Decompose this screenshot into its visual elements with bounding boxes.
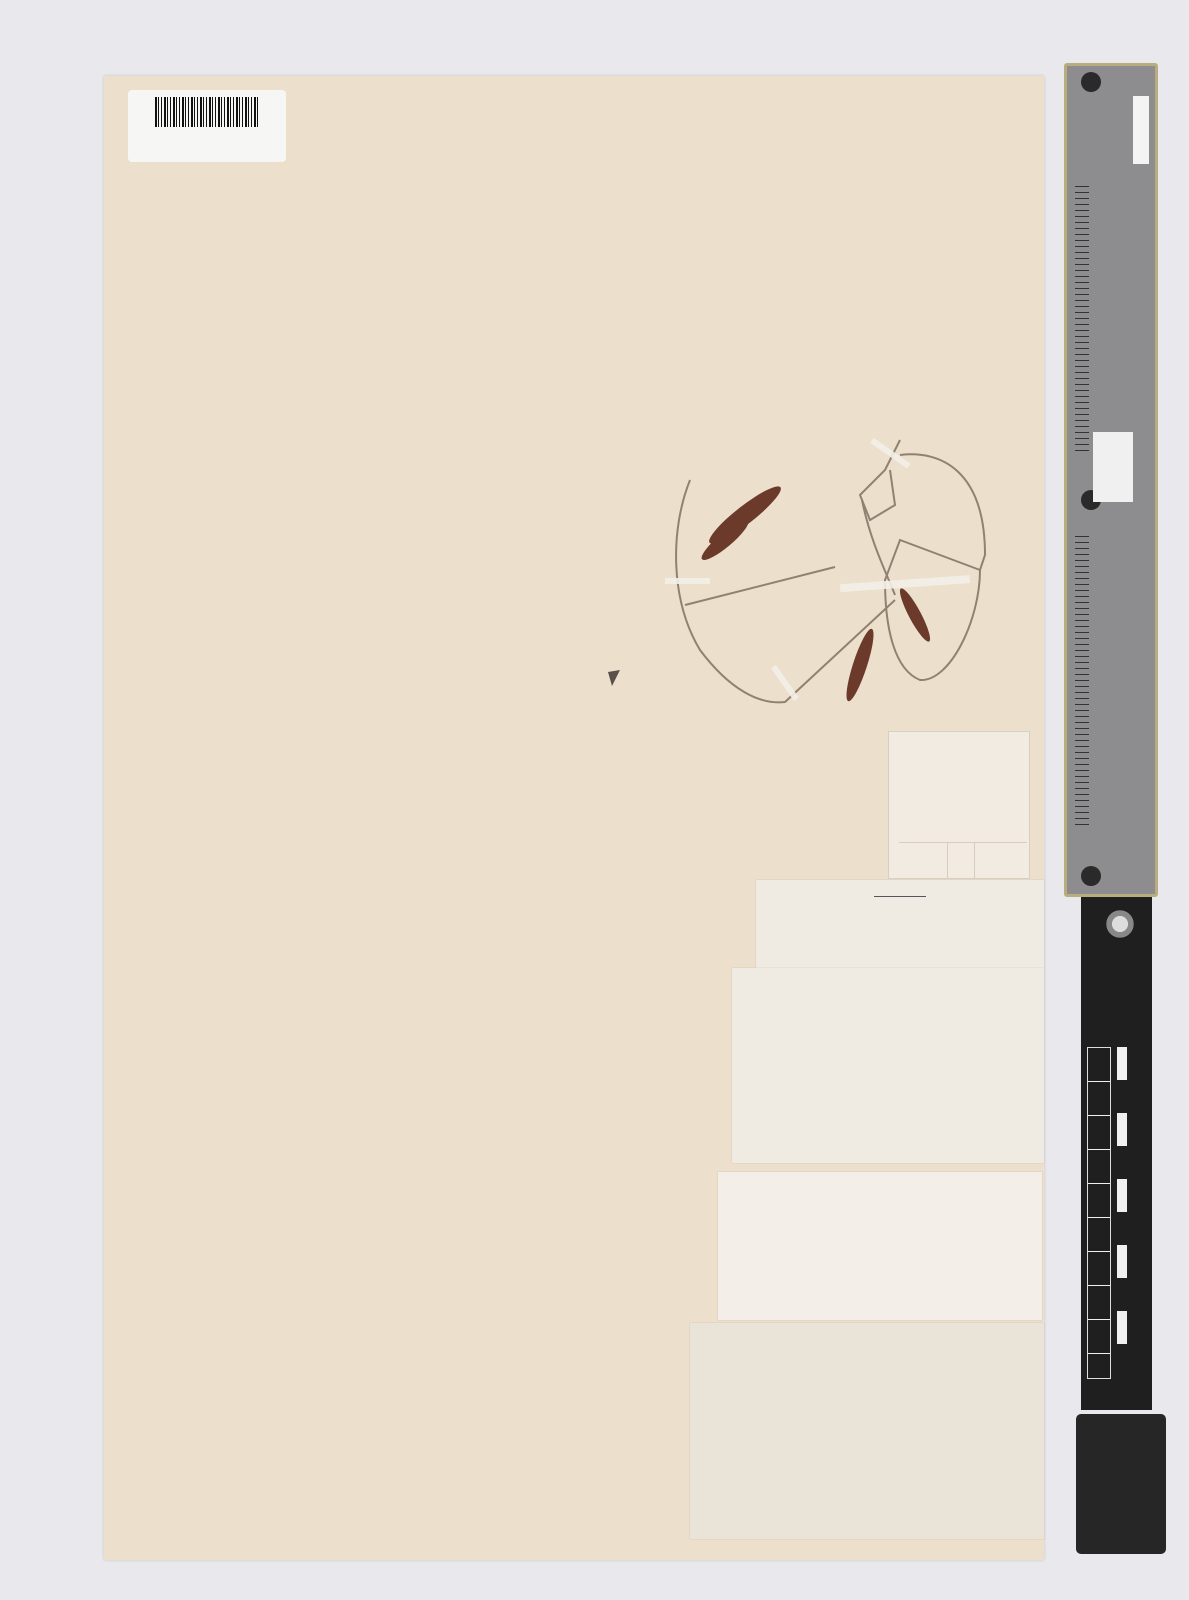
scale-hole-top (1081, 72, 1101, 92)
cm-ticks (1075, 186, 1089, 456)
flora-of-norfolk-label (690, 1323, 1044, 1539)
handwritten-note-1 (732, 968, 1044, 1163)
color-scale-bar (1064, 63, 1158, 897)
carex-specimen (600, 420, 1020, 720)
label-divider (874, 896, 926, 897)
barcode-label (128, 90, 286, 162)
cm-ruler-alternating (1117, 1047, 1127, 1377)
color-checker (1076, 1414, 1166, 1554)
kew-scale (1081, 897, 1152, 1410)
kew-crest-icon (1105, 907, 1135, 941)
herbarium-kewense-label (756, 880, 1044, 968)
barcode (155, 97, 259, 127)
scale-serial (1133, 96, 1149, 164)
handwritten-note-2 (718, 1172, 1042, 1320)
fragment-packet (888, 731, 1030, 879)
packet-flap (899, 732, 1027, 843)
cm-ruler (1087, 1047, 1111, 1379)
density-target (1093, 432, 1133, 502)
inch-ticks (1075, 536, 1089, 826)
scale-hole-bottom (1081, 866, 1101, 886)
packet-slot (947, 842, 975, 878)
